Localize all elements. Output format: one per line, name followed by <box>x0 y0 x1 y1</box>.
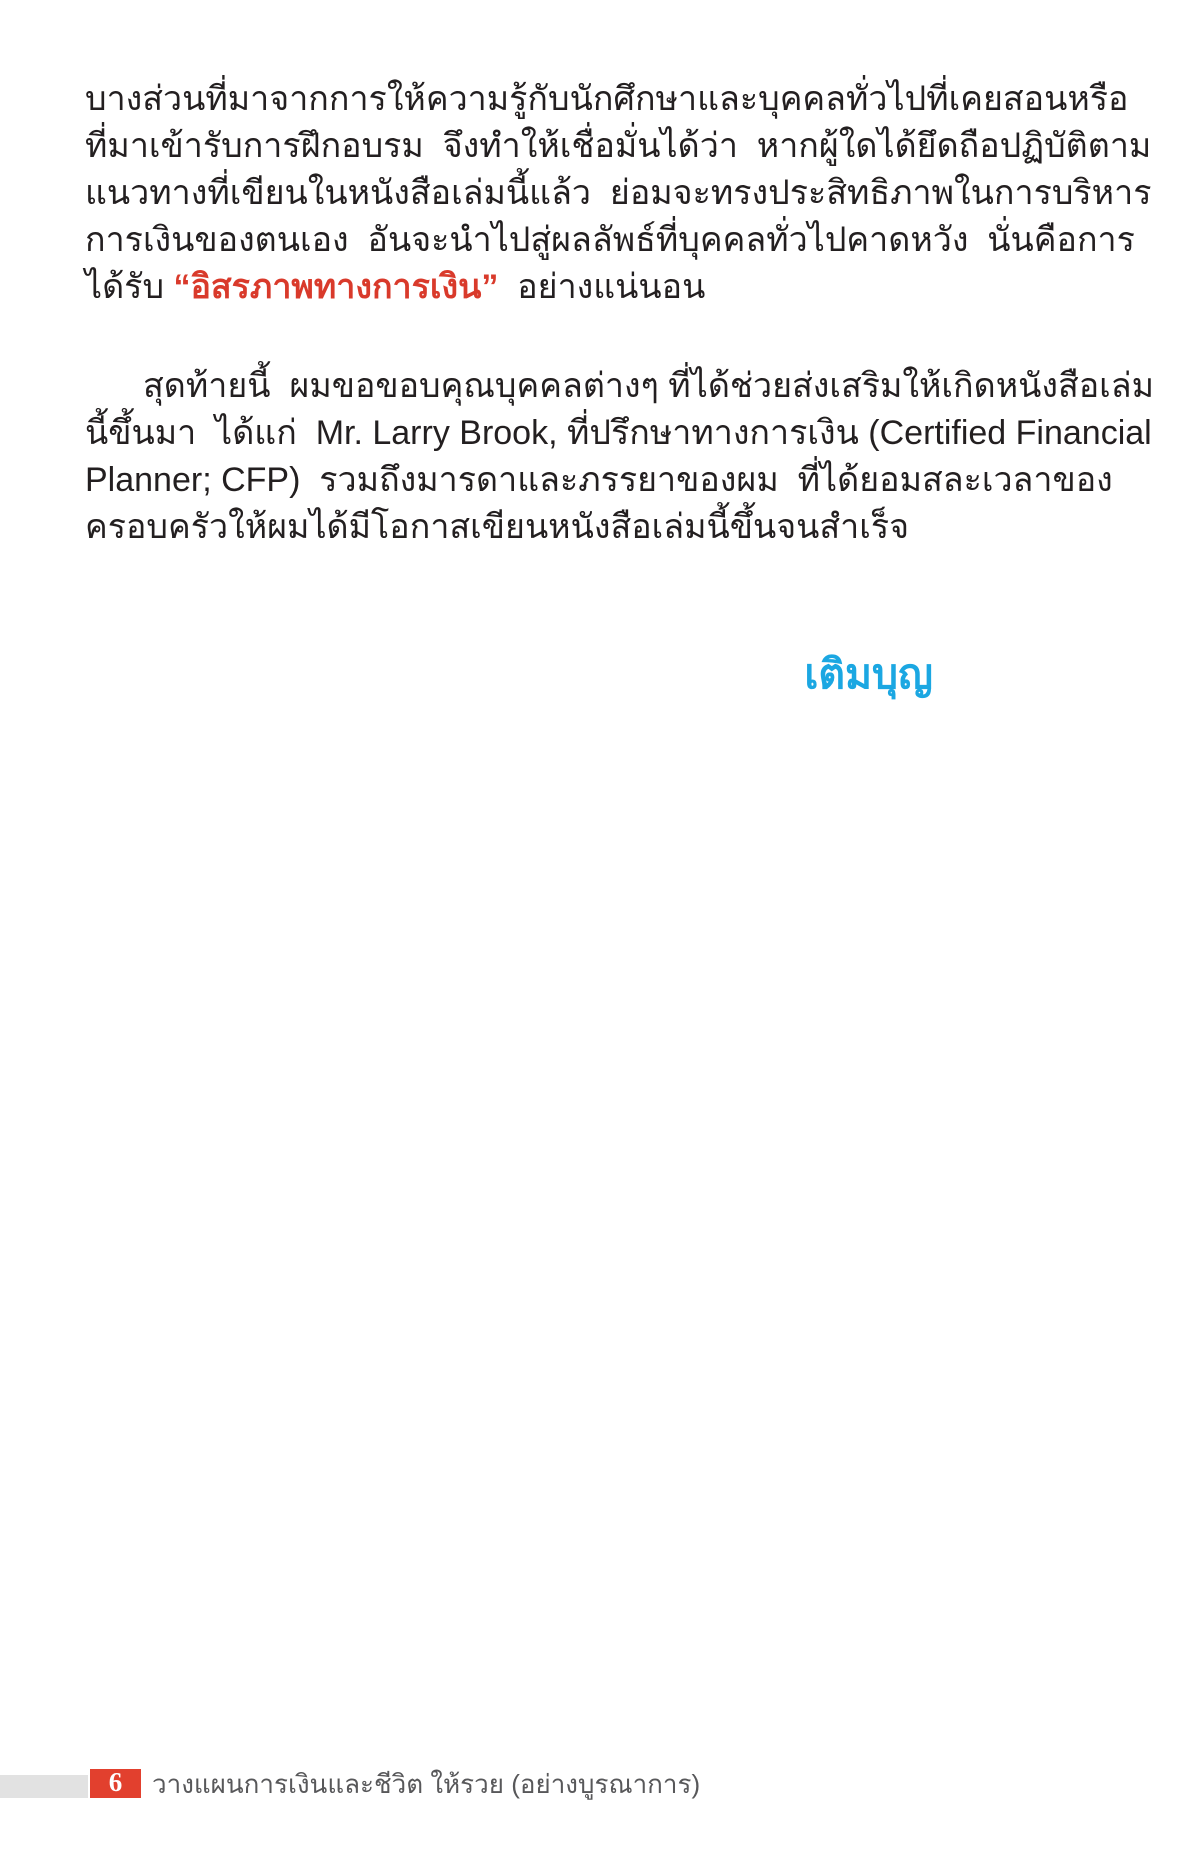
text-line: แนวทางที่เขียนในหนังสือเล่มนี้แล้ว ย่อมจ… <box>85 170 1097 217</box>
text-line: ครอบครัวให้ผมได้มีโอกาสเขียนหนังสือเล่มน… <box>85 504 1097 551</box>
footer-accent-bar <box>0 1775 88 1798</box>
text-segment: อย่างแน่นอน <box>498 268 705 306</box>
text-line: Planner; CFP) รวมถึงมารดาและภรรยาของผม ท… <box>85 457 1097 504</box>
author-signature: เติมบุญ <box>804 645 933 703</box>
text-line: สุดท้ายนี้ ผมขอขอบคุณบุคคลต่างๆ ที่ได้ช่… <box>85 363 1097 410</box>
page-number-box: 6 <box>90 1769 141 1798</box>
text-line: บางส่วนที่มาจากการให้ความรู้กับนักศึกษาแ… <box>85 76 1097 123</box>
text-segment: ได้รับ <box>85 268 173 306</box>
page-number: 6 <box>109 1769 123 1796</box>
text-line: ได้รับ “อิสรภาพทางการเงิน” อย่างแน่นอน <box>85 264 1097 311</box>
body-text-block: บางส่วนที่มาจากการให้ความรู้กับนักศึกษาแ… <box>85 76 1097 551</box>
book-title: วางแผนการเงินและชีวิต ให้รวย (อย่างบูรณา… <box>152 1769 700 1798</box>
paragraph-1: บางส่วนที่มาจากการให้ความรู้กับนักศึกษาแ… <box>85 76 1097 311</box>
paragraph-2: สุดท้ายนี้ ผมขอขอบคุณบุคคลต่างๆ ที่ได้ช่… <box>85 363 1097 551</box>
highlight-phrase: “อิสรภาพทางการเงิน” <box>173 268 498 306</box>
page-footer: 6 วางแผนการเงินและชีวิต ให้รวย (อย่างบูร… <box>0 1769 1186 1799</box>
text-line: นี้ขึ้นมา ได้แก่ Mr. Larry Brook, ที่ปรึ… <box>85 410 1097 457</box>
text-line: ที่มาเข้ารับการฝึกอบรม จึงทำให้เชื่อมั่น… <box>85 123 1097 170</box>
text-line: การเงินของตนเอง อันจะนำไปสู่ผลลัพธ์ที่บุ… <box>85 217 1097 264</box>
book-page: บางส่วนที่มาจากการให้ความรู้กับนักศึกษาแ… <box>0 0 1186 1867</box>
